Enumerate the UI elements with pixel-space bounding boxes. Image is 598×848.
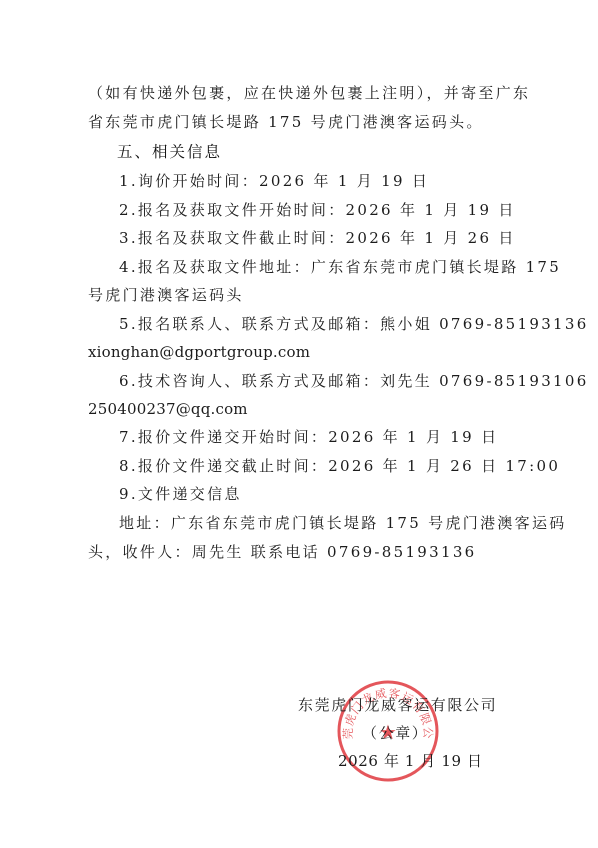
info-item-2: 2.报名及获取文件开始时间：2026 年 1 月 19 日 xyxy=(119,199,512,221)
tech-email: 250400237@qq.com xyxy=(88,398,512,420)
item-label: 8.报价文件递交截止时间： xyxy=(119,457,328,475)
info-item-4-continuation: 号虎门港澳客运码头 xyxy=(88,284,512,306)
item-value: 广东省东莞市虎门镇长堤路 175 xyxy=(311,258,561,276)
item-value: 熊小姐 0769-85193136 xyxy=(380,315,588,333)
delivery-address-line2: 头，收件人：周先生 联系电话 0769-85193136 xyxy=(88,541,512,563)
item-label: 9.文件递交信息 xyxy=(119,485,242,503)
paragraph-line: （如有快递外包裹，应在快递外包裹上注明），并寄至广东 xyxy=(88,82,512,104)
item-value: 2026 年 1 月 26 日 17:00 xyxy=(328,457,560,475)
signature-company: 东莞虎门龙威客运有限公司 xyxy=(298,694,497,716)
info-item-3: 3.报名及获取文件截止时间：2026 年 1 月 26 日 xyxy=(119,227,512,249)
info-item-6: 6.技术咨询人、联系方式及邮箱：刘先生 0769-85193106 xyxy=(119,370,512,392)
item-label: 1.询价开始时间： xyxy=(119,172,259,190)
paragraph-line: 省东莞市虎门镇长堤路 175 号虎门港澳客运码头。 xyxy=(88,111,512,133)
info-item-9: 9.文件递交信息 xyxy=(119,483,512,505)
item-label: 2.报名及获取文件开始时间： xyxy=(119,201,346,219)
delivery-address-line1: 地址：广东省东莞市虎门镇长堤路 175 号虎门港澳客运码 xyxy=(119,512,512,534)
signature-seal-note: （公章） xyxy=(362,722,428,744)
info-item-1: 1.询价开始时间：2026 年 1 月 19 日 xyxy=(119,170,512,192)
item-value: 2026 年 1 月 19 日 xyxy=(328,428,498,446)
info-item-5: 5.报名联系人、联系方式及邮箱：熊小姐 0769-85193136 xyxy=(119,313,512,335)
section-heading: 五、相关信息 xyxy=(117,141,541,163)
item-label: 6.技术咨询人、联系方式及邮箱： xyxy=(119,372,380,390)
item-label: 3.报名及获取文件截止时间： xyxy=(119,229,346,247)
item-label: 5.报名联系人、联系方式及邮箱： xyxy=(119,315,380,333)
item-value: 刘先生 0769-85193106 xyxy=(380,372,588,390)
info-item-8: 8.报价文件递交截止时间：2026 年 1 月 26 日 17:00 xyxy=(119,455,512,477)
document-page: （如有快递外包裹，应在快递外包裹上注明），并寄至广东 省东莞市虎门镇长堤路 17… xyxy=(0,0,598,848)
info-item-4: 4.报名及获取文件地址：广东省东莞市虎门镇长堤路 175 xyxy=(119,256,512,278)
contact-email: xionghan@dgportgroup.com xyxy=(88,341,512,363)
signature-date: 2026 年 1 月 19 日 xyxy=(338,750,483,772)
info-item-7: 7.报价文件递交开始时间：2026 年 1 月 19 日 xyxy=(119,426,512,448)
item-label: 7.报价文件递交开始时间： xyxy=(119,428,328,446)
item-value: 2026 年 1 月 19 日 xyxy=(346,201,516,219)
item-value: 2026 年 1 月 19 日 xyxy=(259,172,429,190)
item-value: 2026 年 1 月 26 日 xyxy=(346,229,516,247)
item-label: 4.报名及获取文件地址： xyxy=(119,258,311,276)
